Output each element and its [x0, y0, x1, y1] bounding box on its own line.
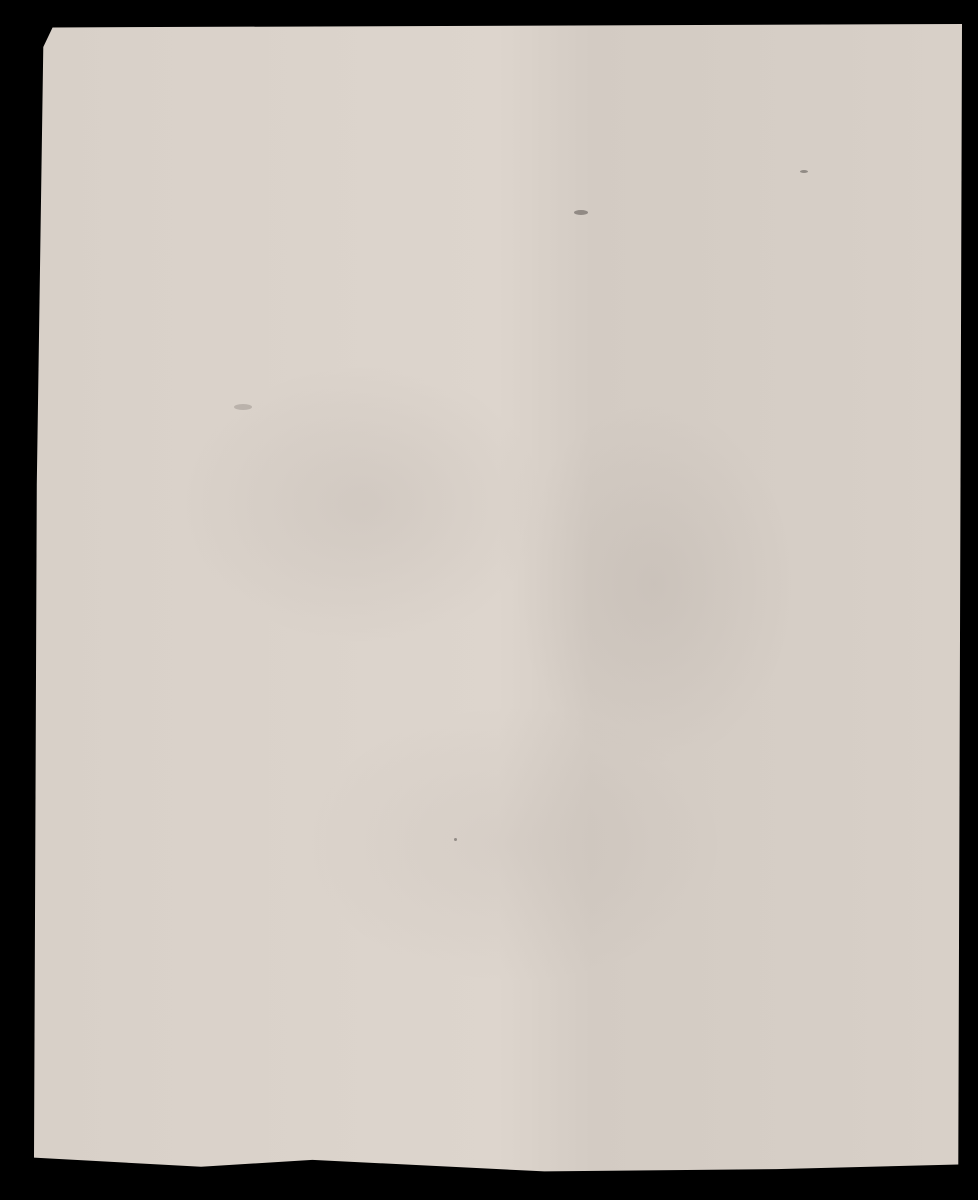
ink-speck [234, 404, 252, 410]
paper-texture [34, 24, 962, 1176]
ink-speck [800, 170, 808, 173]
ink-speck [574, 210, 588, 215]
ink-speck [454, 838, 457, 841]
paper-sheet [34, 24, 962, 1176]
